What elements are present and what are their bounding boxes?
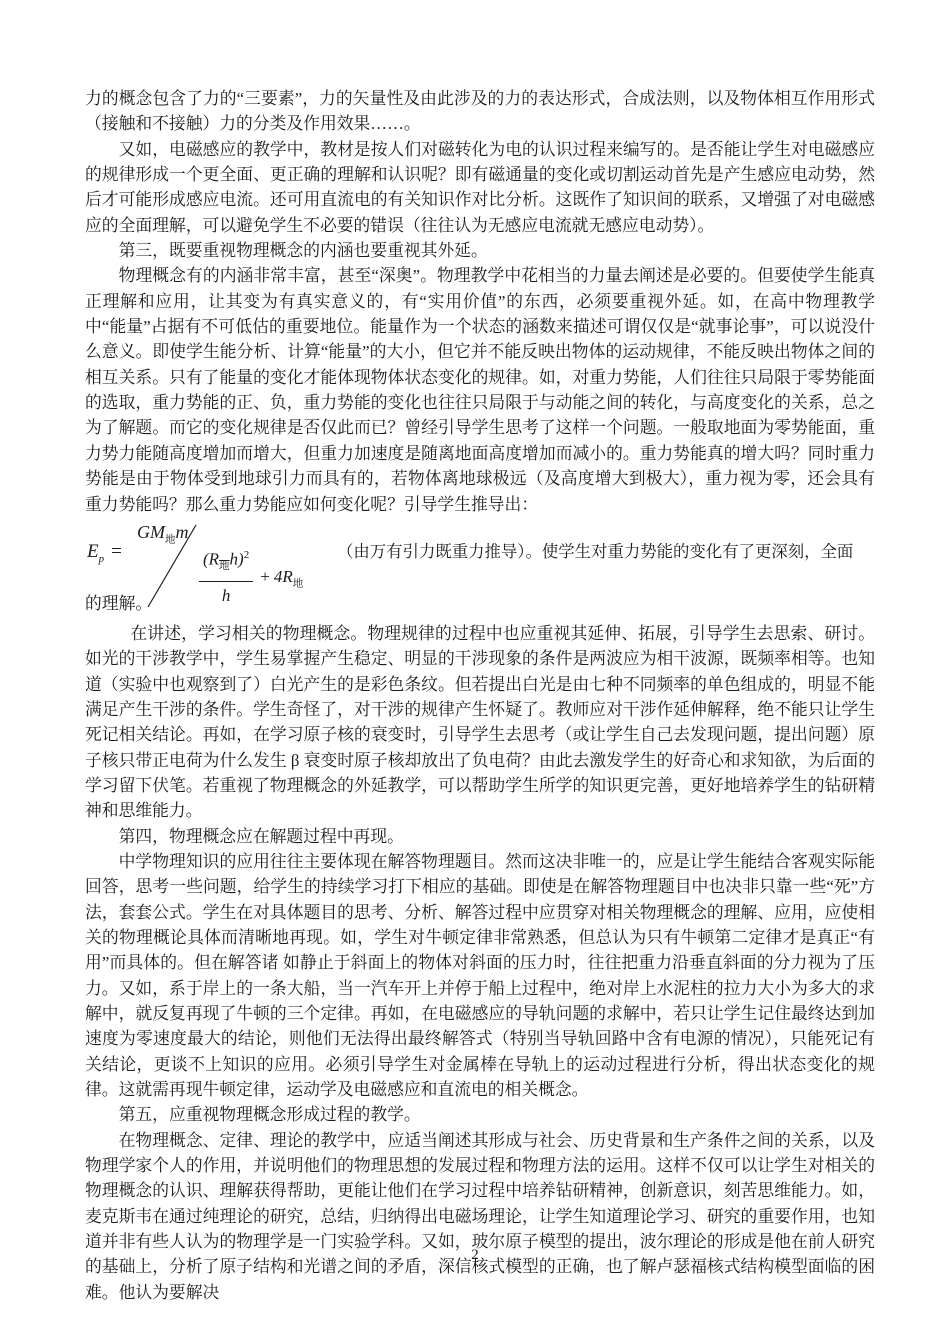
paragraph-2: 又如，电磁感应的教学中，教材是按人们对磁转化为电的认识过程来编写的。是否能让学生… — [85, 137, 875, 238]
document-page: 力的概念包含了力的“三要素”，力的矢量性及由此涉及的力的表达形式，合成法则，以及… — [0, 0, 950, 1344]
formula-lhs: Ep= — [87, 539, 122, 572]
formula-side-note: （由万有引力既重力推导）。使学生对重力势能的变化有了更深刻，全面 — [337, 539, 853, 564]
formula-denominator: (R地h)2 h +4R地 — [199, 543, 303, 609]
formula-block: Ep= GM地m (R地h)2 h +4R地 （由万有引力既重力推导）。使学生对… — [85, 517, 875, 621]
paragraph-8-heading: 第五，应重视物理概念形成过程的教学。 — [85, 1102, 875, 1127]
page-number: 2 — [0, 1247, 950, 1264]
formula-R-subscript: 地 — [219, 561, 230, 572]
inner-fraction-numerator: (R地h)2 — [199, 543, 253, 582]
paragraph-4: 物理概念有的内涵非常丰富，甚至“深奥”。物理教学中花相当的力量去阐述是必要的。但… — [85, 263, 875, 516]
paragraph-3-heading: 第三，既要重视物理概念的内涵也要重视其外延。 — [85, 238, 875, 263]
plus-sign: + — [260, 567, 270, 586]
inner-fraction-denominator: h — [199, 582, 253, 608]
division-slash — [145, 523, 199, 609]
formula-4R-subscript: 地 — [293, 579, 304, 590]
formula-square-exponent: 2 — [244, 549, 250, 561]
paragraph-7: 中学物理知识的应用往往主要体现在解答物理题目。然而这决非唯一的，应是让学生能结合… — [85, 849, 875, 1102]
paragraph-5: 在讲述，学习相关的物理概念。物理规律的过程中也应重视其延伸、拓展，引导学生去思索… — [85, 621, 875, 824]
formula-4R: 4R — [274, 567, 293, 586]
inner-fraction: (R地h)2 h — [199, 543, 253, 609]
paragraph-6-heading: 第四，物理概念应在解题过程中再现。 — [85, 824, 875, 849]
formula-h: h — [222, 586, 231, 605]
formula-E-subscript: p — [99, 553, 105, 565]
formula-E: E — [87, 541, 99, 562]
formula-R-open: (R — [203, 550, 219, 569]
formula-h-close: h) — [230, 550, 244, 569]
formula-after-text: 的理解。 — [85, 591, 152, 616]
paragraph-9: 在物理概念、定律、理论的教学中，应适当阐述其形成与社会、历史背景和生产条件之间的… — [85, 1128, 875, 1305]
gravity-potential-energy-formula: Ep= GM地m (R地h)2 h +4R地 （由万有引力既重力推导）。使学生对… — [85, 517, 875, 621]
text-body: 力的概念包含了力的“三要素”，力的矢量性及由此涉及的力的表达形式，合成法则，以及… — [85, 86, 875, 1305]
paragraph-1: 力的概念包含了力的“三要素”，力的矢量性及由此涉及的力的表达形式，合成法则，以及… — [85, 86, 875, 137]
equals-sign: = — [111, 541, 122, 562]
formula-tail-term: +4R地 — [260, 554, 303, 597]
